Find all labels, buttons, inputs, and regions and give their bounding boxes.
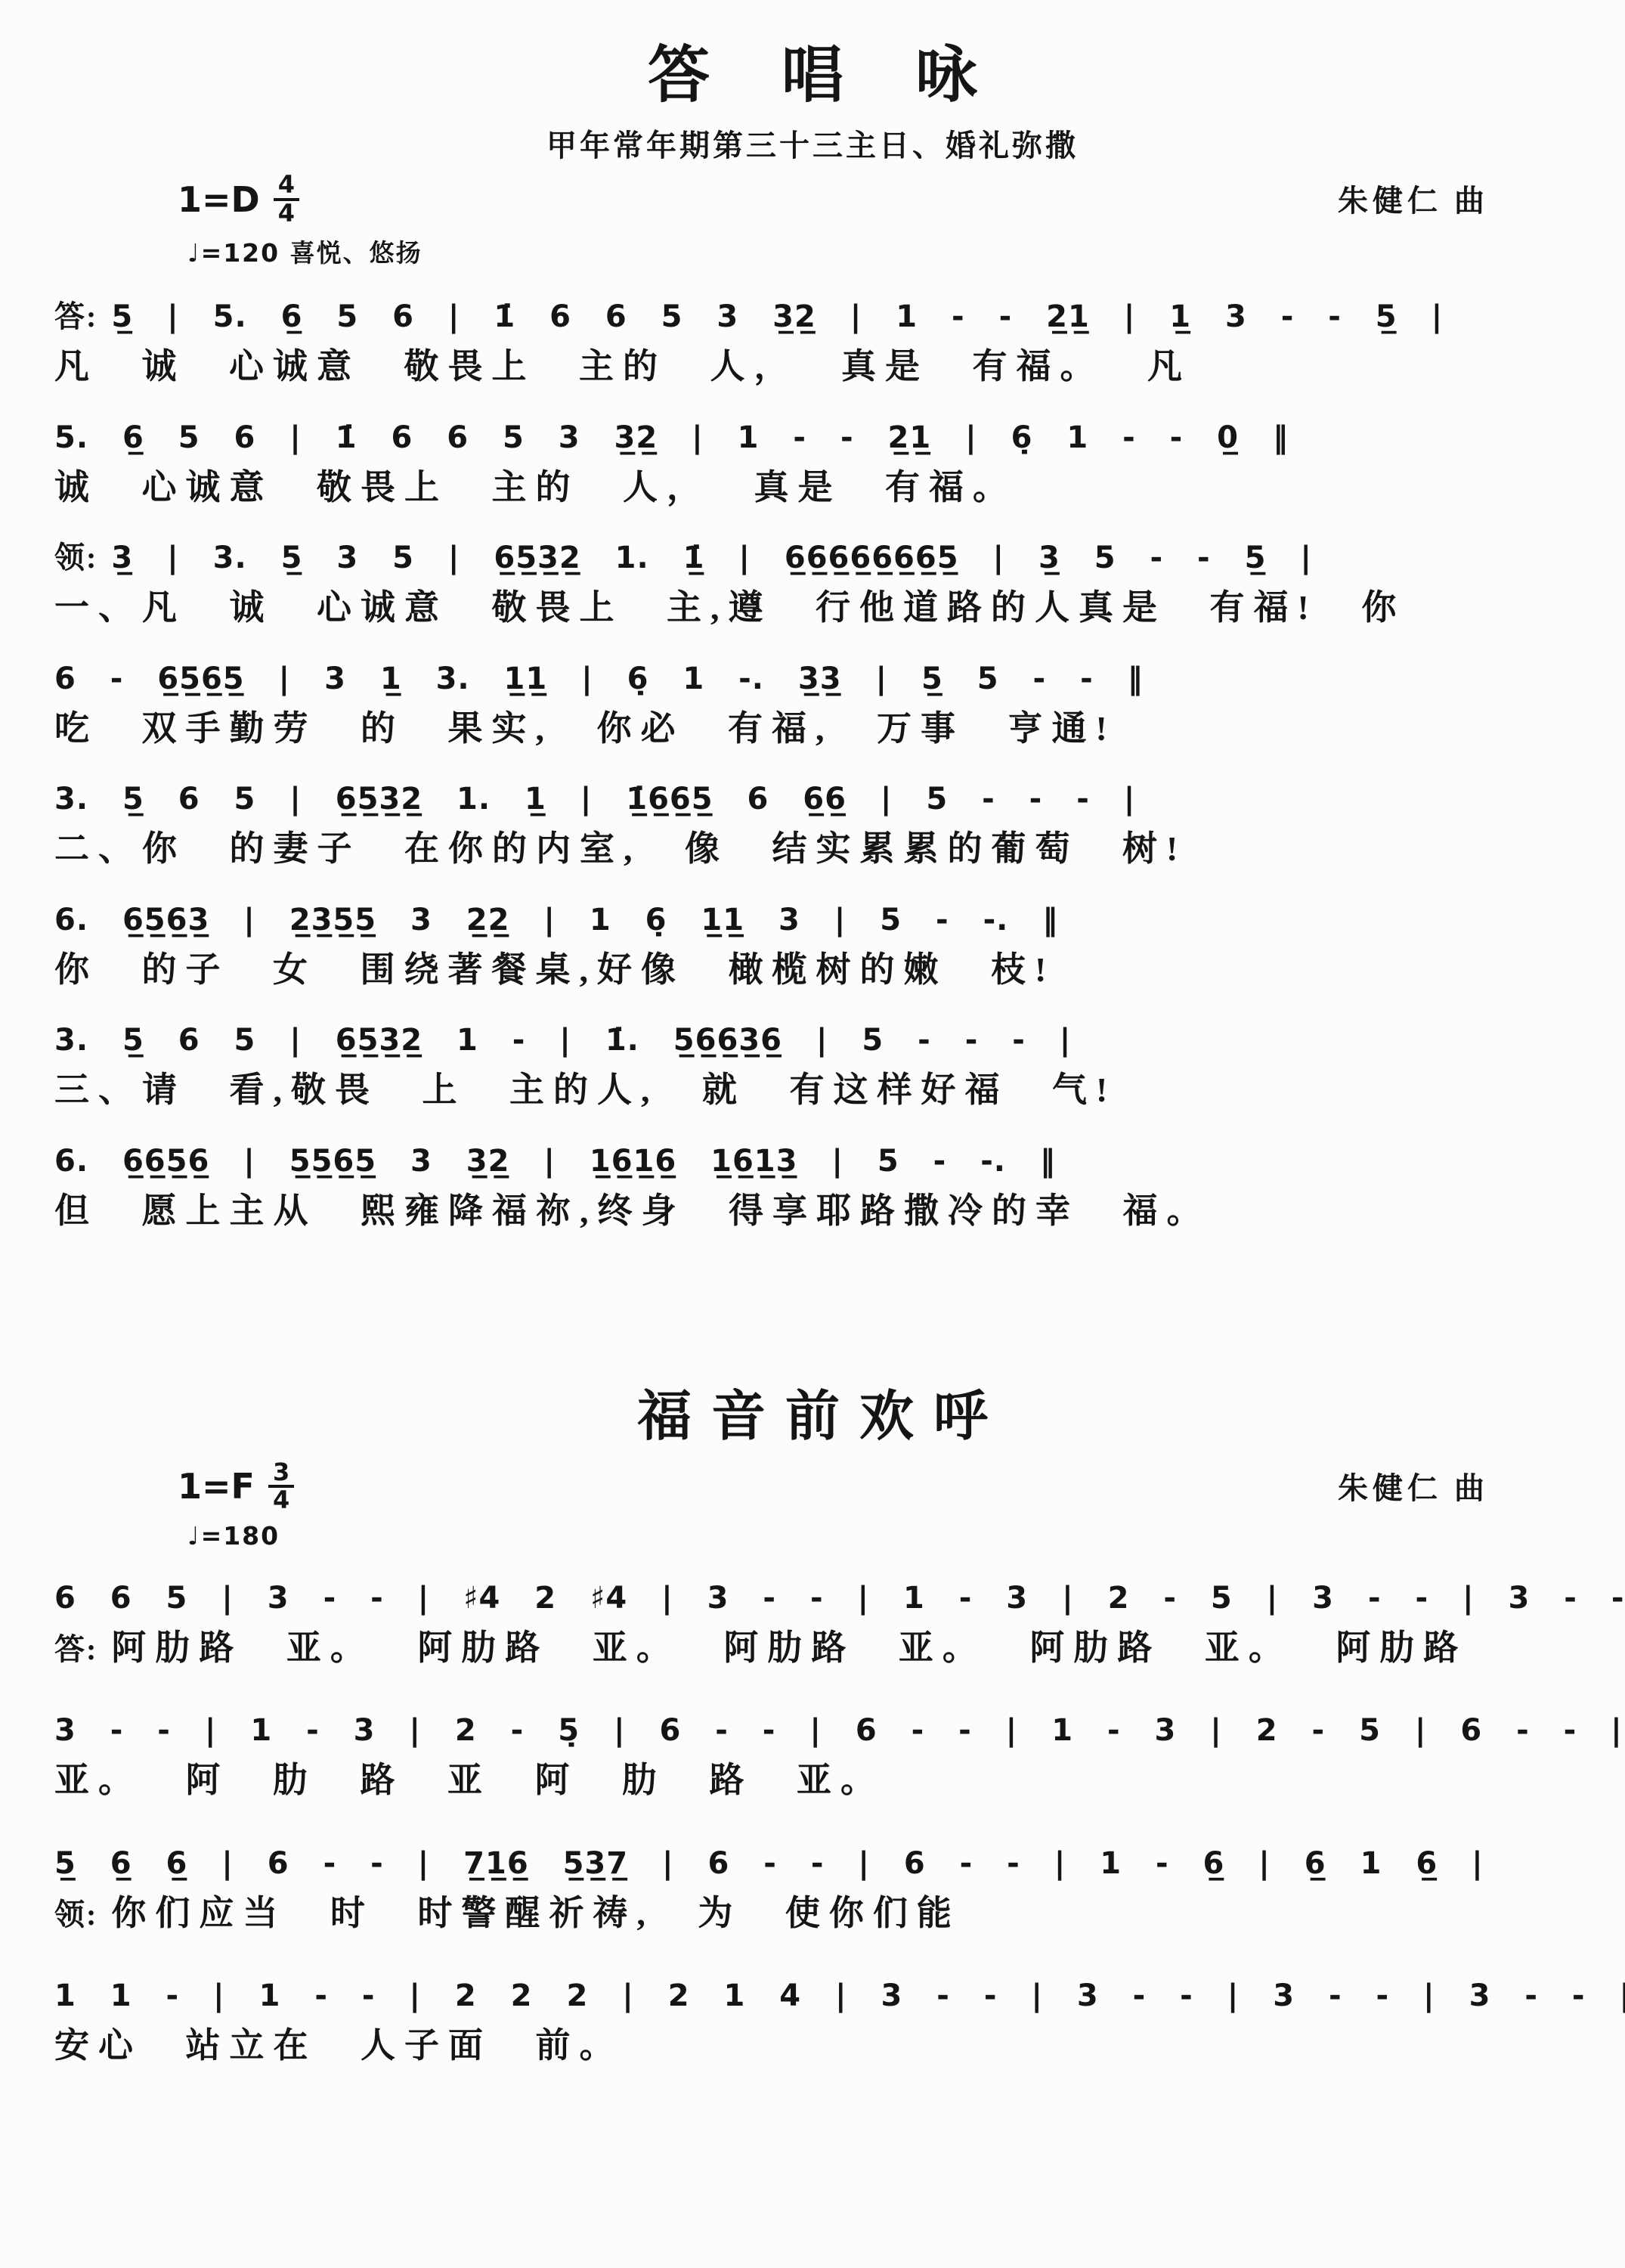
notes-row: 5. 6̲ 5 6 | 1̇ 6 6 5 3 3̲2̲ | 1 - - 2̲1̲… xyxy=(54,416,1625,460)
song1-subtitle: 甲年常年期第三十三主日、婚礼弥撒 xyxy=(0,122,1625,165)
lyrics-text: 你们应当 时 时警醒祈祷, 为 使你们能 xyxy=(111,1894,961,1932)
song1-title: 答唱咏 xyxy=(0,42,1625,110)
notes-row: 1 1 - | 1 - - | 2 2 2 | 2 1 4 | 3 - - | … xyxy=(54,1974,1625,2018)
lyrics-text: 你 的子 女 围绕著餐桌,好像 橄榄树的嫩 枝! xyxy=(54,950,1055,989)
sheet-music-page: 答唱咏 甲年常年期第三十三主日、婚礼弥撒 1=D 4 4 朱健仁 曲 ♩=120… xyxy=(0,0,1625,2268)
song2-key-signature: 1=F 3 4 xyxy=(178,1460,294,1514)
lyrics-row: 领:你们应当 时 时警醒祈祷, 为 使你们能 xyxy=(54,1892,1625,1935)
song2-composer: 朱健仁 曲 xyxy=(1338,1464,1489,1507)
lyrics-row: 一、凡 诚 心诚意 敬畏上 主,遵 行他道路的人真是 有福! 你 xyxy=(54,586,1625,630)
music-line: 领:3̲ | 3. 5̲ 3 5 | 6̲5̲3̲2̲ 1. 1̲̇ | 6̲6… xyxy=(0,536,1625,630)
lyrics-text: 但 愿上主从 熙雍降福祢,终身 得享耶路撒冷的幸 福。 xyxy=(54,1191,1211,1230)
song1-tempo: ♩=120 喜悦、悠扬 xyxy=(0,234,1625,269)
music-line: 6. 6̲6̲5̲6̲ | 5̲5̲6̲5̲ 3 3̲2̲ | 1̲6̲1̲6̲… xyxy=(0,1139,1625,1233)
lyrics-row: 但 愿上主从 熙雍降福祢,终身 得享耶路撒冷的幸 福。 xyxy=(54,1189,1625,1233)
song1-key-signature: 1=D 4 4 xyxy=(178,172,299,226)
lyrics-row: 三、请 看,敬畏 上 主的人, 就 有这样好福 气! xyxy=(54,1068,1625,1112)
time-signature-numerator: 3 xyxy=(268,1460,294,1489)
music-line: 6. 6̲5̲6̲3̲ | 2̲3̲5̲5̲ 3 2̲2̲ | 1 6̣ 1̲1… xyxy=(0,898,1625,992)
jianpu-notes: 3. 5̲ 6 5 | 6̲5̲3̲2̲ 1 - | 1̇. 5̲6̲6̲3̲6… xyxy=(54,1023,1071,1058)
jianpu-notes: 1 1 - | 1 - - | 2 2 2 | 2 1 4 | 3 - - | … xyxy=(54,1978,1625,2013)
song2-tempo: ♩=180 xyxy=(0,1521,1625,1551)
music-line: 1 1 - | 1 - - | 2 2 2 | 2 1 4 | 3 - - | … xyxy=(0,1974,1625,2068)
notes-row: 3. 5̲ 6 5 | 6̲5̲3̲2̲ 1. 1̲ | 1̲̇6̲6̲5̲ 6… xyxy=(54,777,1625,821)
lyrics-text: 亚。 阿 肋 路 亚 阿 肋 路 亚。 xyxy=(54,1761,884,1799)
lyrics-line-label: 领: xyxy=(54,1898,97,1932)
notes-row: 3. 5̲ 6 5 | 6̲5̲3̲2̲ 1 - | 1̇. 5̲6̲6̲3̲6… xyxy=(54,1018,1625,1062)
notes-line-label: 答: xyxy=(54,299,97,333)
notes-row: 6. 6̲5̲6̲3̲ | 2̲3̲5̲5̲ 3 2̲2̲ | 1 6̣ 1̲1… xyxy=(54,898,1625,942)
lyrics-text: 三、请 看,敬畏 上 主的人, 就 有这样好福 气! xyxy=(54,1070,1116,1109)
time-signature-denominator: 4 xyxy=(268,1488,294,1514)
lyrics-row: 诚 心诚意 敬畏上 主的 人， 真是 有福。 xyxy=(54,466,1625,510)
notes-row: 5̲ 6̲ 6̲ | 6 - - | 7̲1̲6̲ 5̲3̲7̲ | 6 - -… xyxy=(54,1842,1625,1885)
notes-row: 领:3̲ | 3. 5̲ 3 5 | 6̲5̲3̲2̲ 1. 1̲̇ | 6̲6… xyxy=(54,536,1625,580)
notes-row: 6 - 6̲5̲6̲5̲ | 3 1̲ 3. 1̲1̲ | 6̣ 1 -. 3̲… xyxy=(54,657,1625,701)
lyrics-row: 亚。 阿 肋 路 亚 阿 肋 路 亚。 xyxy=(54,1758,1625,1802)
jianpu-notes: 6. 6̲5̲6̲3̲ | 2̲3̲5̲5̲ 3 2̲2̲ | 1 6̣ 1̲1… xyxy=(54,903,1058,937)
song1-header: 答唱咏 甲年常年期第三十三主日、婚礼弥撒 1=D 4 4 朱健仁 曲 ♩=120… xyxy=(0,42,1625,269)
song1-key: 1=D xyxy=(178,182,260,217)
notes-row: 6. 6̲6̲5̲6̲ | 5̲5̲6̲5̲ 3 3̲2̲ | 1̲6̲1̲6̲… xyxy=(54,1139,1625,1183)
lyrics-line-label: 答: xyxy=(54,1632,97,1666)
lyrics-text: 一、凡 诚 心诚意 敬畏上 主,遵 行他道路的人真是 有福! 你 xyxy=(54,588,1405,627)
song2-key: 1=F xyxy=(178,1469,255,1504)
lyrics-row: 安心 站立在 人子面 前。 xyxy=(54,2024,1625,2068)
song1-time-signature: 4 4 xyxy=(274,172,299,226)
lyrics-row: 答:阿肋路 亚。 阿肋路 亚。 阿肋路 亚。 阿肋路 亚。 阿肋路 xyxy=(54,1626,1625,1670)
song1-music-lines: 答:5̲ | 5. 6̲ 5 6 | 1̇ 6 6 5 3 3̲2̲ | 1 -… xyxy=(0,295,1625,1232)
song1-meta-row: 1=D 4 4 朱健仁 曲 xyxy=(0,165,1625,226)
music-line: 3. 5̲ 6 5 | 6̲5̲3̲2̲ 1 - | 1̇. 5̲6̲6̲3̲6… xyxy=(0,1018,1625,1112)
lyrics-row: 二、你 的妻子 在你的内室, 像 结实累累的葡萄 树! xyxy=(54,827,1625,871)
song2-title: 福音前欢呼 xyxy=(0,1387,1625,1447)
lyrics-text: 吃 双手勤劳 的 果实, 你必 有福, 万事 亨通! xyxy=(54,709,1116,748)
music-line: 5̲ 6̲ 6̲ | 6 - - | 7̲1̲6̲ 5̲3̲7̲ | 6 - -… xyxy=(0,1842,1625,1935)
notes-line-label: 领: xyxy=(54,541,97,575)
notes-row: 答:5̲ | 5. 6̲ 5 6 | 1̇ 6 6 5 3 3̲2̲ | 1 -… xyxy=(54,295,1625,339)
jianpu-notes: 5̲ 6̲ 6̲ | 6 - - | 7̲1̲6̲ 5̲3̲7̲ | 6 - -… xyxy=(54,1846,1484,1881)
jianpu-notes: 6 6 5 | 3 - - | ♯4 2 ♯4 | 3 - - | 1 - 3 … xyxy=(54,1581,1625,1616)
song2-music-lines: 6 6 5 | 3 - - | ♯4 2 ♯4 | 3 - - | 1 - 3 … xyxy=(0,1576,1625,2068)
song1-composer: 朱健仁 曲 xyxy=(1338,177,1489,220)
music-line: 3 - - | 1 - 3 | 2 - 5̣ | 6 - - | 6 - - |… xyxy=(0,1709,1625,1802)
music-line: 答:5̲ | 5. 6̲ 5 6 | 1̇ 6 6 5 3 3̲2̲ | 1 -… xyxy=(0,295,1625,389)
jianpu-notes: 6. 6̲6̲5̲6̲ | 5̲5̲6̲5̲ 3 3̲2̲ | 1̲6̲1̲6̲… xyxy=(54,1144,1056,1179)
lyrics-row: 你 的子 女 围绕著餐桌,好像 橄榄树的嫩 枝! xyxy=(54,948,1625,992)
notes-row: 3 - - | 1 - 3 | 2 - 5̣ | 6 - - | 6 - - |… xyxy=(54,1709,1625,1752)
song2-time-signature: 3 4 xyxy=(268,1460,294,1514)
music-line: 3. 5̲ 6 5 | 6̲5̲3̲2̲ 1. 1̲ | 1̲̇6̲6̲5̲ 6… xyxy=(0,777,1625,871)
time-signature-numerator: 4 xyxy=(274,172,299,201)
lyrics-text: 阿肋路 亚。 阿肋路 亚。 阿肋路 亚。 阿肋路 亚。 阿肋路 xyxy=(111,1628,1467,1667)
music-line: 5. 6̲ 5 6 | 1̇ 6 6 5 3 3̲2̲ | 1 - - 2̲1̲… xyxy=(0,416,1625,510)
lyrics-text: 安心 站立在 人子面 前。 xyxy=(54,2026,624,2065)
jianpu-notes: 3 - - | 1 - 3 | 2 - 5̣ | 6 - - | 6 - - |… xyxy=(54,1713,1625,1748)
lyrics-text: 诚 心诚意 敬畏上 主的 人， 真是 有福。 xyxy=(54,468,1017,507)
lyrics-row: 吃 双手勤劳 的 果实, 你必 有福, 万事 亨通! xyxy=(54,707,1625,751)
song2-header: 福音前欢呼 1=F 3 4 朱健仁 曲 ♩=180 xyxy=(0,1387,1625,1550)
jianpu-notes: 3̲ | 3. 5̲ 3 5 | 6̲5̲3̲2̲ 1. 1̲̇ | 6̲6̲6… xyxy=(111,541,1312,575)
music-line: 6 - 6̲5̲6̲5̲ | 3 1̲ 3. 1̲1̲ | 6̣ 1 -. 3̲… xyxy=(0,657,1625,751)
jianpu-notes: 5. 6̲ 5 6 | 1̇ 6 6 5 3 3̲2̲ | 1 - - 2̲1̲… xyxy=(54,420,1289,455)
lyrics-row: 凡 诚 心诚意 敬畏上 主的 人， 真是 有福。 凡 xyxy=(54,345,1625,389)
lyrics-text: 二、你 的妻子 在你的内室, 像 结实累累的葡萄 树! xyxy=(54,829,1187,868)
song2-meta-row: 1=F 3 4 朱健仁 曲 xyxy=(0,1452,1625,1514)
jianpu-notes: 6 - 6̲5̲6̲5̲ | 3 1̲ 3. 1̲1̲ | 6̣ 1 -. 3̲… xyxy=(54,661,1144,696)
notes-row: 6 6 5 | 3 - - | ♯4 2 ♯4 | 3 - - | 1 - 3 … xyxy=(54,1576,1625,1620)
lyrics-text: 凡 诚 心诚意 敬畏上 主的 人， 真是 有福。 凡 xyxy=(54,347,1191,386)
jianpu-notes: 3. 5̲ 6 5 | 6̲5̲3̲2̲ 1. 1̲ | 1̲̇6̲6̲5̲ 6… xyxy=(54,782,1135,816)
time-signature-denominator: 4 xyxy=(274,201,299,227)
music-line: 6 6 5 | 3 - - | ♯4 2 ♯4 | 3 - - | 1 - 3 … xyxy=(0,1576,1625,1670)
jianpu-notes: 5̲ | 5. 6̲ 5 6 | 1̇ 6 6 5 3 3̲2̲ | 1 - -… xyxy=(111,299,1443,334)
